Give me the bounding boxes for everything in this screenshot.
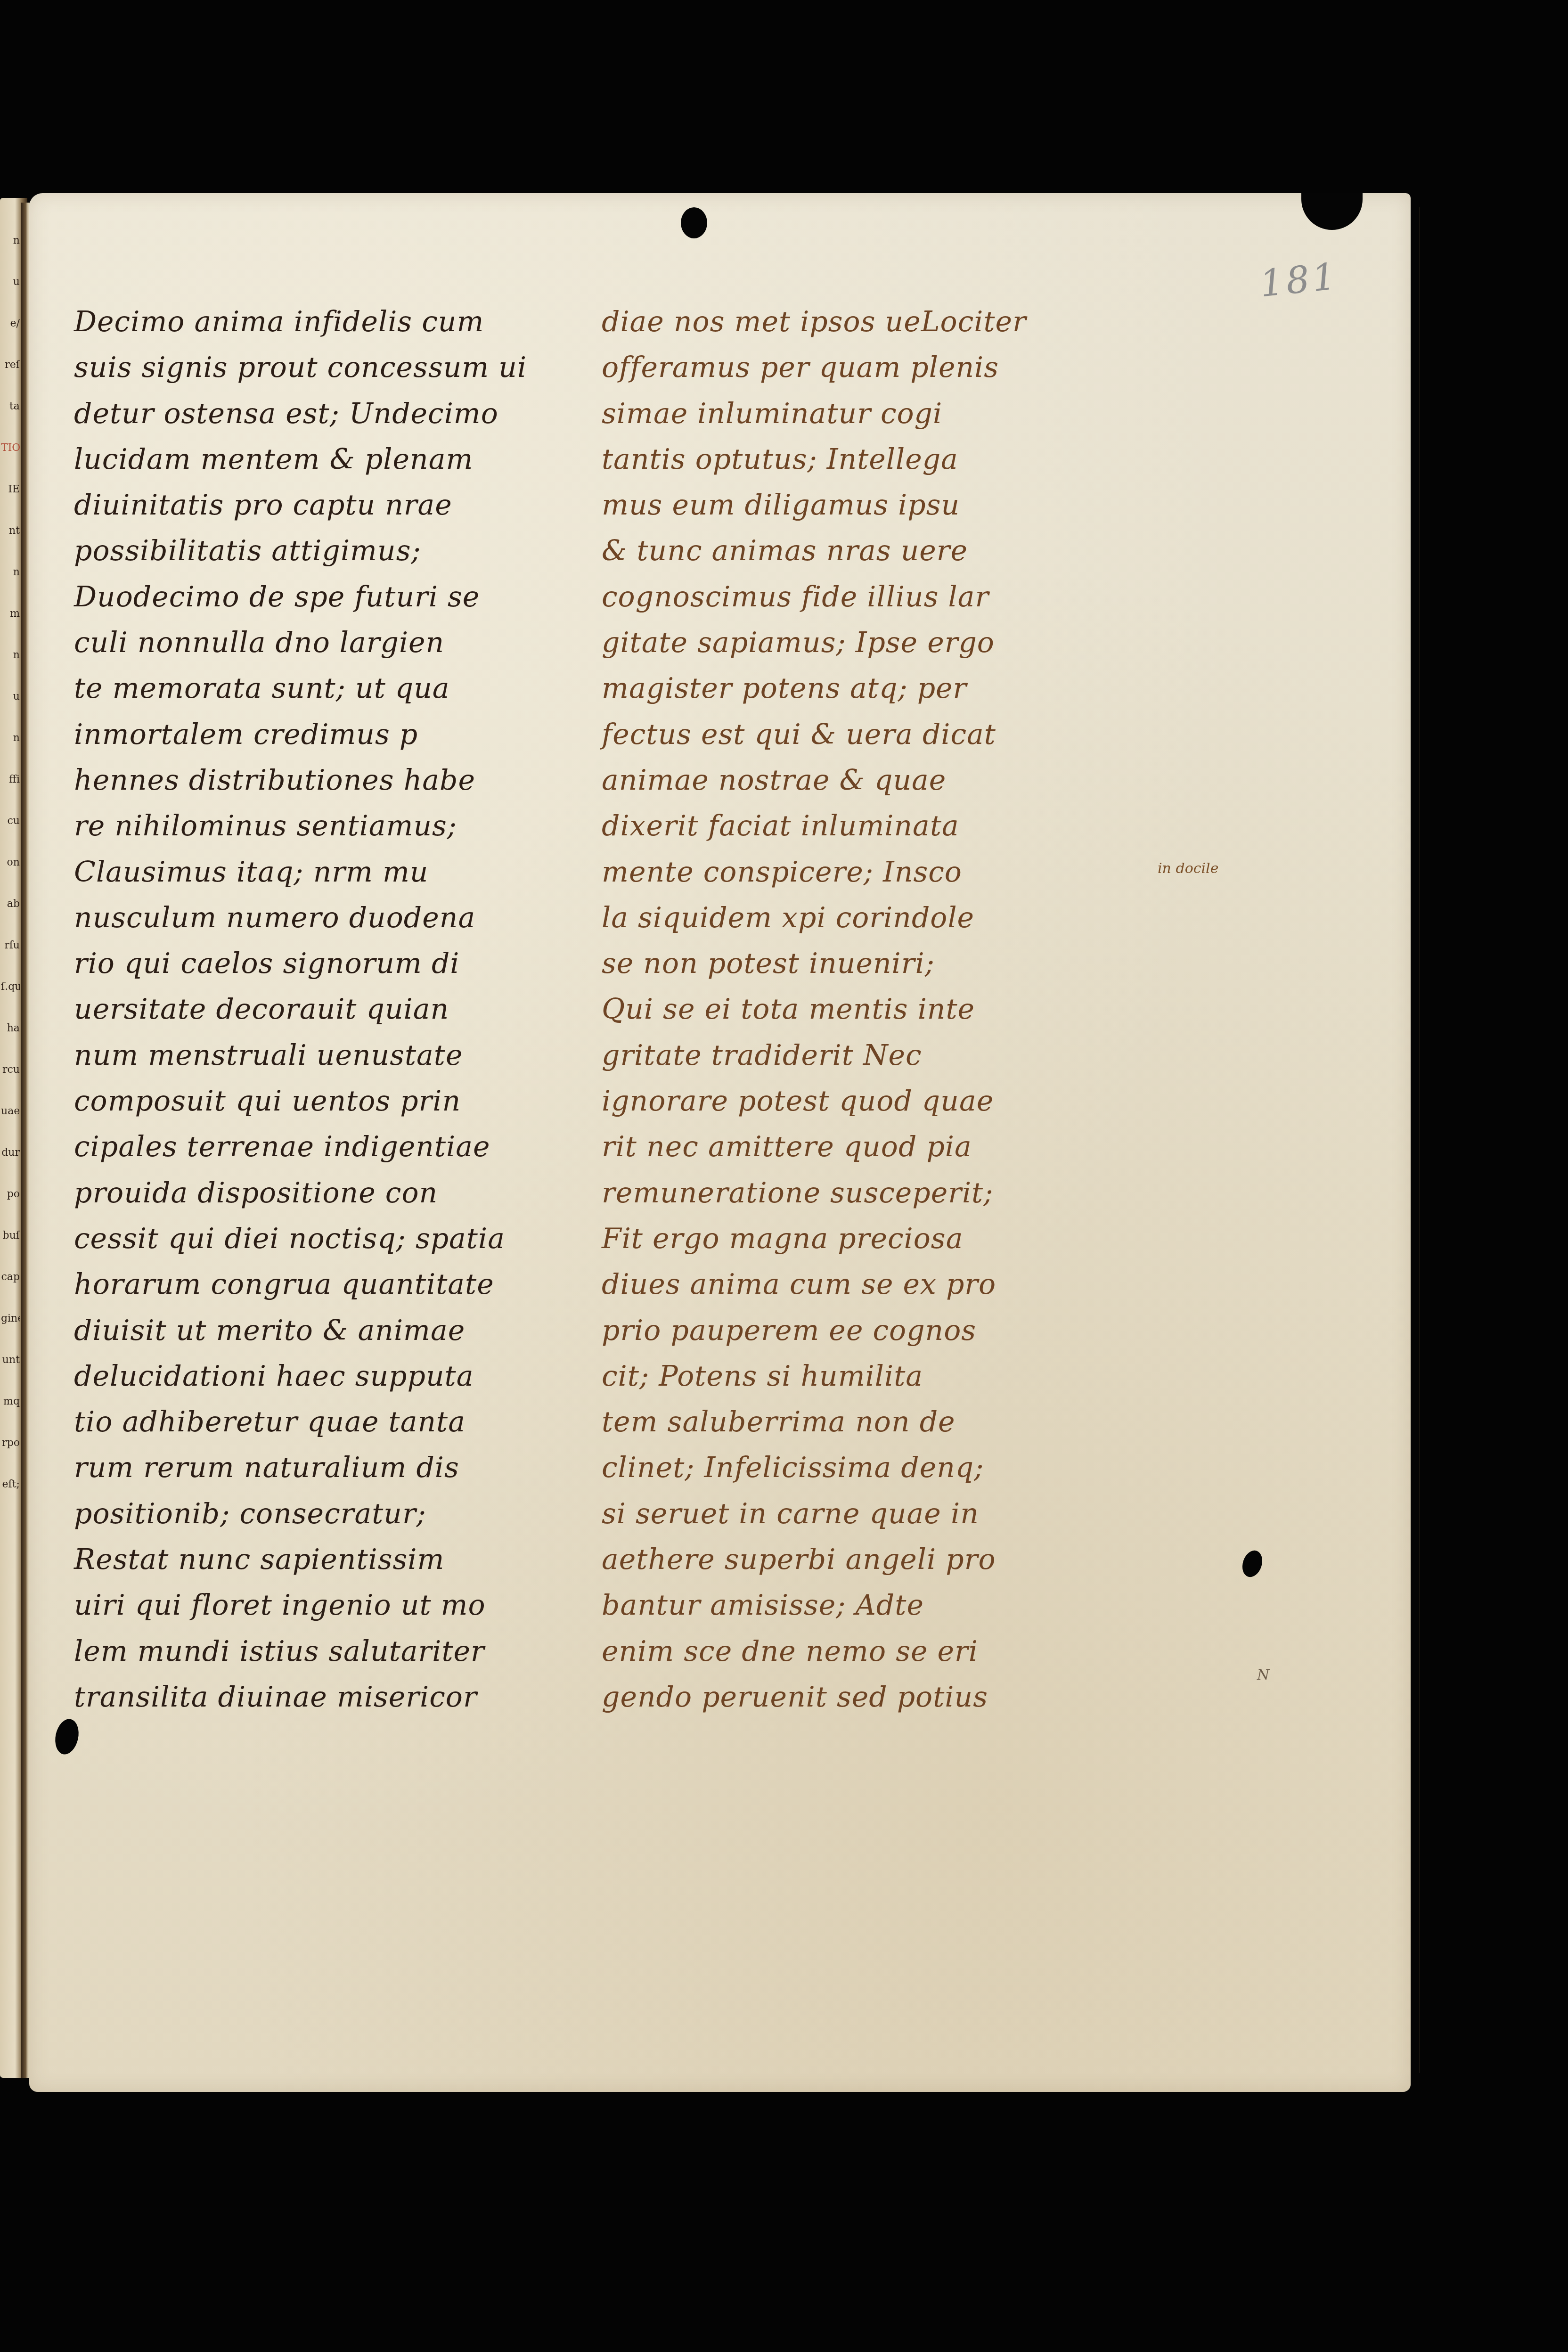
manuscript-line: rum rerum naturalium dis [74,1445,616,1491]
manuscript-line: cipales terrenae indigentiae [74,1124,616,1170]
manuscript-line: culi nonnulla dno largien [74,620,616,666]
facing-page-fragment: ha [1,1023,20,1034]
manuscript-line: Duodecimo de spe futuri se [74,574,616,620]
manuscript-line: lem mundi istius salutariter [74,1629,616,1674]
manuscript-line: Decimo anima infidelis cum [74,299,616,345]
facing-page-fragment: on [1,857,20,868]
facing-page-fragment: m [1,609,20,619]
facing-page-fragment: cu [1,816,20,826]
facing-page-fragment: gine [1,1314,20,1324]
manuscript-line: Clausimus itaq; nrm mu [74,849,616,895]
manuscript-line: Fit ergo magna preciosa [602,1216,1167,1262]
manuscript-line: inmortalem credimus p [74,712,616,758]
manuscript-line: diuinitatis pro captu nrae [74,482,616,528]
manuscript-line: tantis optutus; Intellega [602,437,1167,482]
facing-page-fragment: IE [1,484,20,495]
marginal-gloss: in docile [1158,860,1218,877]
manuscript-line: gritate tradiderit Nec [602,1033,1167,1078]
manuscript-line: remuneratione susceperit; [602,1170,1167,1216]
facing-page-fragment: ab [1,899,20,909]
manuscript-line: magister potens atq; per [602,666,1167,711]
manuscript-line: tem saluberrima non de [602,1399,1167,1445]
manuscript-line: nusculum numero duodena [74,895,616,941]
manuscript-line: positionib; consecratur; [74,1491,616,1537]
manuscript-line: dixerit faciat inluminata [602,803,1167,849]
manuscript-line: diues anima cum se ex pro [602,1262,1167,1307]
manuscript-line: Restat nunc sapientissim [74,1537,616,1583]
facing-page-fragment: TIO [1,443,20,453]
manuscript-line: Qui se ei tota mentis inte [602,987,1167,1032]
marginal-nota-mark: N [1257,1667,1269,1683]
manuscript-line: composuit qui uentos prin [74,1078,616,1124]
manuscript-line: uersitate decorauit quian [74,987,616,1032]
facing-page-fragment: rcu [1,1065,20,1075]
manuscript-line: uiri qui floret ingenio ut mo [74,1583,616,1628]
text-column-left: Decimo anima infidelis cumsuis signis pr… [74,299,616,1720]
facing-page-fragment: reſ [1,360,20,370]
manuscript-line: mente conspicere; Insco [602,849,1167,895]
manuscript-line: delucidationi haec supputa [74,1354,616,1399]
facing-page-fragment: po [1,1189,20,1200]
manuscript-line: re nihilominus sentiamus; [74,803,616,849]
facing-page-fragment: rſu [1,940,20,951]
facing-page-fragment: nt [1,526,20,536]
facing-page-fragment: buſ [1,1231,20,1241]
facing-page-fragment: n [1,567,20,578]
facing-page-fragment: n [1,650,20,661]
facing-page-fragment: ſ.que [1,982,20,992]
facing-page-fragment: n [1,236,20,246]
facing-page-fragment: ffi [1,775,20,785]
manuscript-line: enim sce dne nemo se eri [602,1629,1167,1674]
manuscript-line: fectus est qui & uera dicat [602,712,1167,758]
facing-page-fragment: rpo [1,1438,20,1448]
manuscript-line: la siquidem xpi corindole [602,895,1167,941]
facing-page-fragment: e/ [1,318,20,329]
facing-page-fragment: dur [1,1148,20,1158]
parchment-hole-right [1239,1548,1266,1580]
parchment-hole-corner [1301,193,1363,230]
manuscript-line: bantur amisisse; Adte [602,1583,1167,1628]
facing-page-fragment: ta [1,401,20,412]
facing-page-fragment: n [1,733,20,743]
facing-page-text: nue/reſtaTIOIEntnmnunfficuonabrſuſ.queha… [1,236,20,1490]
manuscript-line: cessit qui diei noctisq; spatia [74,1216,616,1262]
manuscript-line: transilita diuinae misericor [74,1674,616,1720]
manuscript-line: lucidam mentem & plenam [74,437,616,482]
manuscript-line: diae nos met ipsos ueLociter [602,299,1167,345]
manuscript-line: possibilitatis attigimus; [74,528,616,574]
manuscript-line: offeramus per quam plenis [602,345,1167,391]
manuscript-line: diuisit ut merito & animae [74,1308,616,1354]
manuscript-line: si seruet in carne quae in [602,1491,1167,1537]
folio-number: 181 [1258,255,1340,306]
manuscript-folio: 181 Decimo anima infidelis cumsuis signi… [29,193,1411,2092]
manuscript-line: tio adhiberetur quae tanta [74,1399,616,1445]
manuscript-line: & tunc animas nras uere [602,528,1167,574]
manuscript-line: simae inluminatur cogi [602,391,1167,437]
parchment-hole-left [52,1717,82,1756]
parchment-hole-top [681,207,707,238]
manuscript-line: prouida dispositione con [74,1170,616,1216]
page-fold-line [1419,207,1420,2073]
facing-page-fragment: cap [1,1272,20,1282]
manuscript-line: hennes distributiones habe [74,758,616,803]
manuscript-line: suis signis prout concessum ui [74,345,616,391]
manuscript-line: mus eum diligamus ipsu [602,482,1167,528]
manuscript-line: horarum congrua quantitate [74,1262,616,1307]
facing-page-fragment: u [1,692,20,702]
manuscript-line: clinet; Infelicissima denq; [602,1445,1167,1491]
facing-page-fragment: uae [1,1106,20,1117]
manuscript-line: num menstruali uenustate [74,1033,616,1078]
manuscript-line: aethere superbi angeli pro [602,1537,1167,1583]
facing-page-fragment: mq [1,1396,20,1407]
facing-page-fragment: u [1,277,20,287]
text-column-right: diae nos met ipsos ueLociterofferamus pe… [602,299,1167,1720]
manuscript-line: te memorata sunt; ut qua [74,666,616,711]
manuscript-line: rit nec amittere quod pia [602,1124,1167,1170]
manuscript-line: cit; Potens si humilita [602,1354,1167,1399]
manuscript-line: cognoscimus fide illius lar [602,574,1167,620]
manuscript-line: se non potest inueniri; [602,941,1167,987]
manuscript-line: gendo peruenit sed potius [602,1674,1167,1720]
manuscript-line: animae nostrae & quae [602,758,1167,803]
facing-page-fragment: unt [1,1355,20,1365]
manuscript-line: ignorare potest quod quae [602,1078,1167,1124]
manuscript-line: prio pauperem ee cognos [602,1308,1167,1354]
manuscript-line: rio qui caelos signorum di [74,941,616,987]
facing-page-fragment: eſt; [1,1479,20,1490]
manuscript-line: detur ostensa est; Undecimo [74,391,616,437]
manuscript-line: gitate sapiamus; Ipse ergo [602,620,1167,666]
